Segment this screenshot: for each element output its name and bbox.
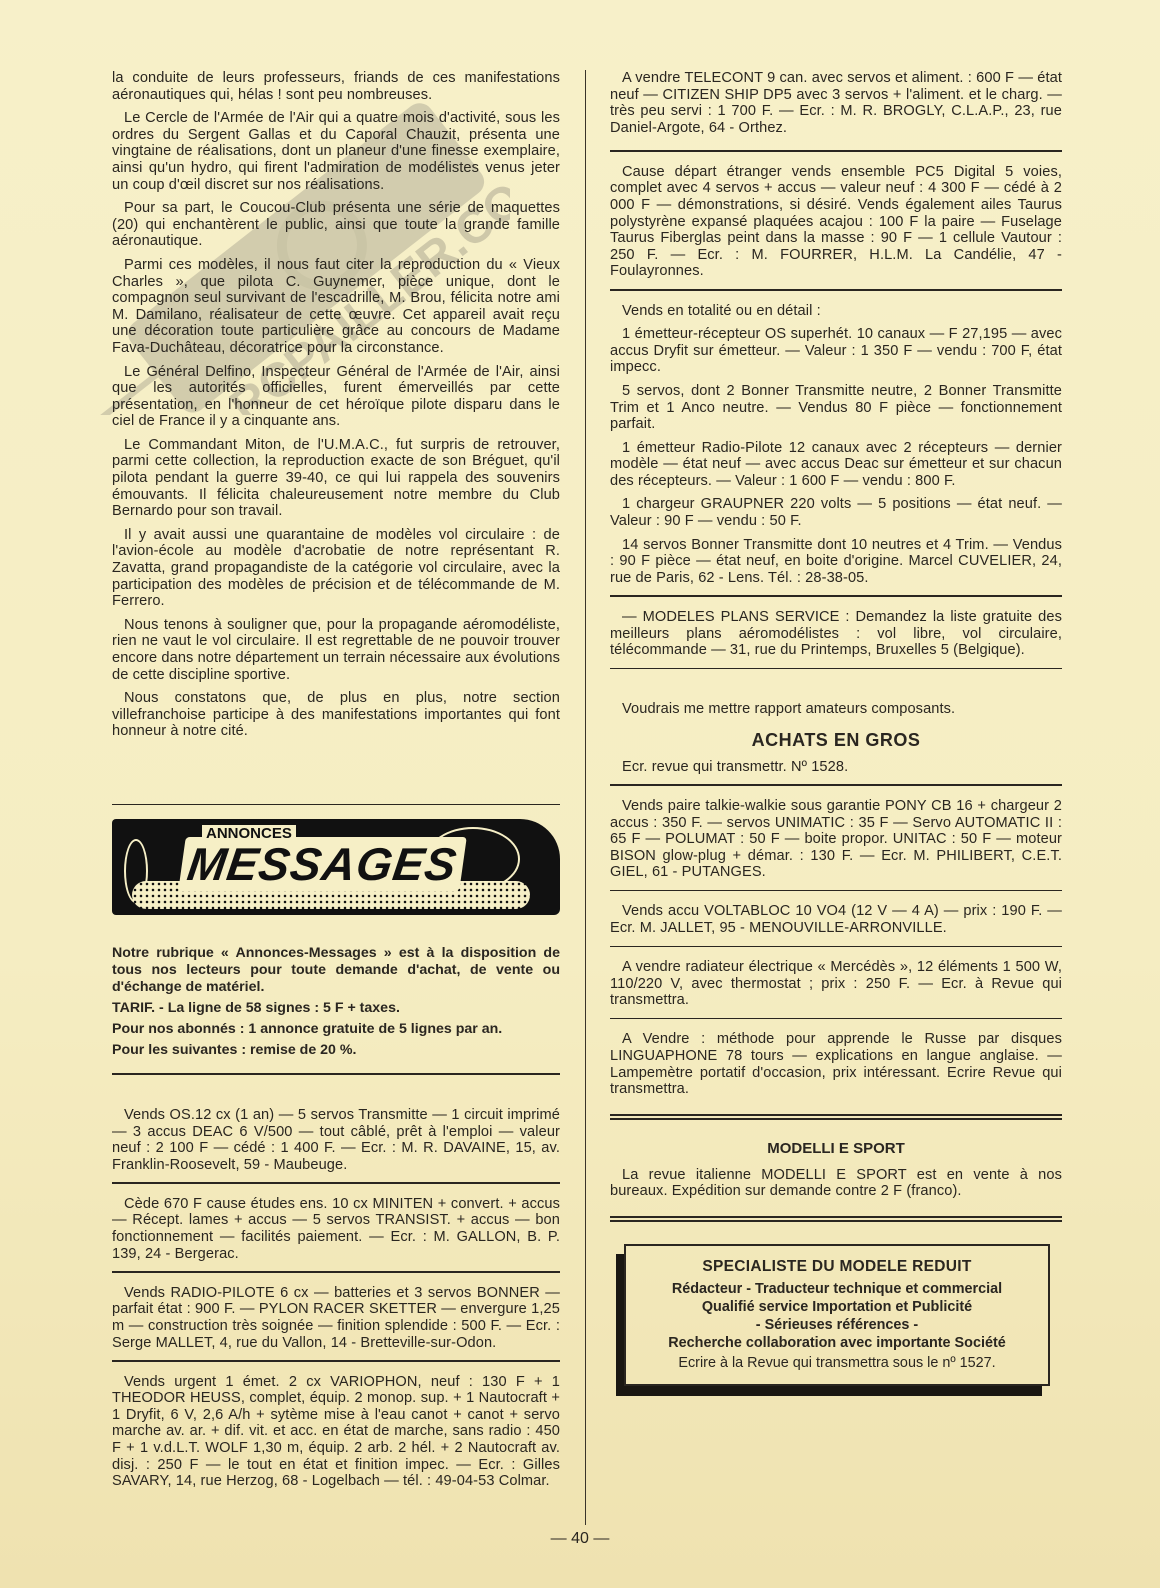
article-paragraph: Nous constatons que, de plus en plus, no… bbox=[112, 690, 560, 740]
classified-ad: Vends OS.12 cx (1 an) — 5 servos Transmi… bbox=[112, 1107, 560, 1173]
annonces-messages-banner: MESSAGES ANNONCES bbox=[112, 819, 560, 915]
classified-ad: Cède 670 F cause études ens. 10 cx MINIT… bbox=[112, 1196, 560, 1262]
right-column: A vendre TELECONT 9 can. avec servos et … bbox=[610, 70, 1062, 1386]
ad-divider bbox=[610, 890, 1062, 892]
classified-ad: Vends accu VOLTABLOC 10 VO4 (12 V — 4 A)… bbox=[610, 903, 1062, 936]
double-divider bbox=[610, 1216, 1062, 1222]
specialiste-footer: Ecrire à la Revue qui transmettra sous l… bbox=[636, 1354, 1038, 1372]
article-paragraph: Pour sa part, le Coucou-Club présenta un… bbox=[112, 200, 560, 250]
specialiste-title: SPECIALISTE DU MODELE REDUIT bbox=[636, 1258, 1038, 1276]
achats-text: Ecr. revue qui transmettr. Nº 1528. bbox=[610, 759, 1062, 776]
classified-ad: Voudrais me mettre rapport amateurs comp… bbox=[610, 701, 1062, 718]
modelli-heading: MODELLI E SPORT bbox=[610, 1140, 1062, 1157]
page-number: — 40 — bbox=[0, 1530, 1160, 1548]
classified-ad: Vends paire talkie-walkie sous garantie … bbox=[610, 798, 1062, 881]
ad-divider bbox=[112, 1271, 560, 1273]
ad-divider bbox=[610, 784, 1062, 786]
ad-divider bbox=[112, 1360, 560, 1362]
notice-text: Notre rubrique « Annonces-Messages » est… bbox=[112, 945, 560, 996]
article-paragraph: Il y avait aussi une quarantaine de modè… bbox=[112, 527, 560, 610]
left-column: la conduite de leurs professeurs, friand… bbox=[112, 70, 560, 1497]
ad-divider bbox=[112, 1182, 560, 1184]
article-paragraph: la conduite de leurs professeurs, friand… bbox=[112, 70, 560, 103]
modelli-text: La revue italienne MODELLI E SPORT est e… bbox=[610, 1167, 1062, 1200]
classified-ad: Cause départ étranger vends ensemble PC5… bbox=[610, 164, 1062, 280]
banner-subtitle: ANNONCES bbox=[202, 825, 296, 842]
classified-ad: — MODELES PLANS SERVICE : Demandez la li… bbox=[610, 609, 1062, 659]
classified-ad: Vends RADIO-PILOTE 6 cx — batteries et 3… bbox=[112, 1285, 560, 1351]
specialiste-line: Qualifié service Importation et Publicit… bbox=[636, 1298, 1038, 1316]
classified-ad-item: 1 émetteur Radio-Pilote 12 canaux avec 2… bbox=[610, 440, 1062, 490]
article-paragraph: Le Général Delfino, Inspecteur Général d… bbox=[112, 364, 560, 430]
section-divider bbox=[112, 804, 560, 806]
article-paragraph: Le Cercle de l'Armée de l'Air qui a quat… bbox=[112, 110, 560, 193]
section-divider bbox=[112, 1073, 560, 1075]
notice-discount: Pour les suivantes : remise de 20 %. bbox=[112, 1042, 560, 1059]
notice-subscribers: Pour nos abonnés : 1 annonce gratuite de… bbox=[112, 1021, 560, 1038]
specialiste-ad-box: SPECIALISTE DU MODELE REDUIT Rédacteur -… bbox=[624, 1244, 1050, 1386]
specialiste-line: Rédacteur - Traducteur technique et comm… bbox=[636, 1280, 1038, 1298]
achats-heading: ACHATS EN GROS bbox=[610, 730, 1062, 751]
classified-ad: A vendre radiateur électrique « Mercédès… bbox=[610, 959, 1062, 1009]
article-paragraph: Nous tenons à souligner que, pour la pro… bbox=[112, 617, 560, 683]
classified-ad-item: 1 chargeur GRAUPNER 220 volts — 5 positi… bbox=[610, 496, 1062, 529]
ad-divider bbox=[610, 595, 1062, 597]
classified-ad-item: 5 servos, dont 2 Bonner Transmitte neutr… bbox=[610, 383, 1062, 433]
banner-title: MESSAGES bbox=[178, 837, 466, 891]
article-paragraph: Le Commandant Miton, de l'U.M.A.C., fut … bbox=[112, 437, 560, 520]
ad-divider bbox=[610, 668, 1062, 670]
classified-ad-item: 1 émetteur-récepteur OS superhét. 10 can… bbox=[610, 326, 1062, 376]
notice-tarif: TARIF. - La ligne de 58 signes : 5 F + t… bbox=[112, 1000, 560, 1017]
ad-divider bbox=[610, 946, 1062, 948]
classified-ad: A Vendre : méthode pour apprende le Russ… bbox=[610, 1031, 1062, 1097]
ad-divider bbox=[610, 150, 1062, 152]
classified-ad-intro: Vends en totalité ou en détail : bbox=[610, 303, 1062, 320]
specialiste-line: Recherche collaboration avec importante … bbox=[636, 1334, 1038, 1352]
magazine-page: RCPAILLER.COM la conduite de leurs profe… bbox=[0, 0, 1160, 1588]
column-divider bbox=[585, 70, 586, 1525]
classified-ad: A vendre TELECONT 9 can. avec servos et … bbox=[610, 70, 1062, 136]
article-paragraph: Parmi ces modèles, il nous faut citer la… bbox=[112, 257, 560, 357]
ad-divider bbox=[610, 289, 1062, 291]
specialiste-line: - Sérieuses références - bbox=[636, 1316, 1038, 1334]
classified-ad-item: 14 servos Bonner Transmitte dont 10 neut… bbox=[610, 537, 1062, 587]
ad-divider bbox=[610, 1018, 1062, 1020]
double-divider bbox=[610, 1114, 1062, 1120]
classified-ad: Vends urgent 1 émet. 2 cx VARIOPHON, neu… bbox=[112, 1374, 560, 1490]
